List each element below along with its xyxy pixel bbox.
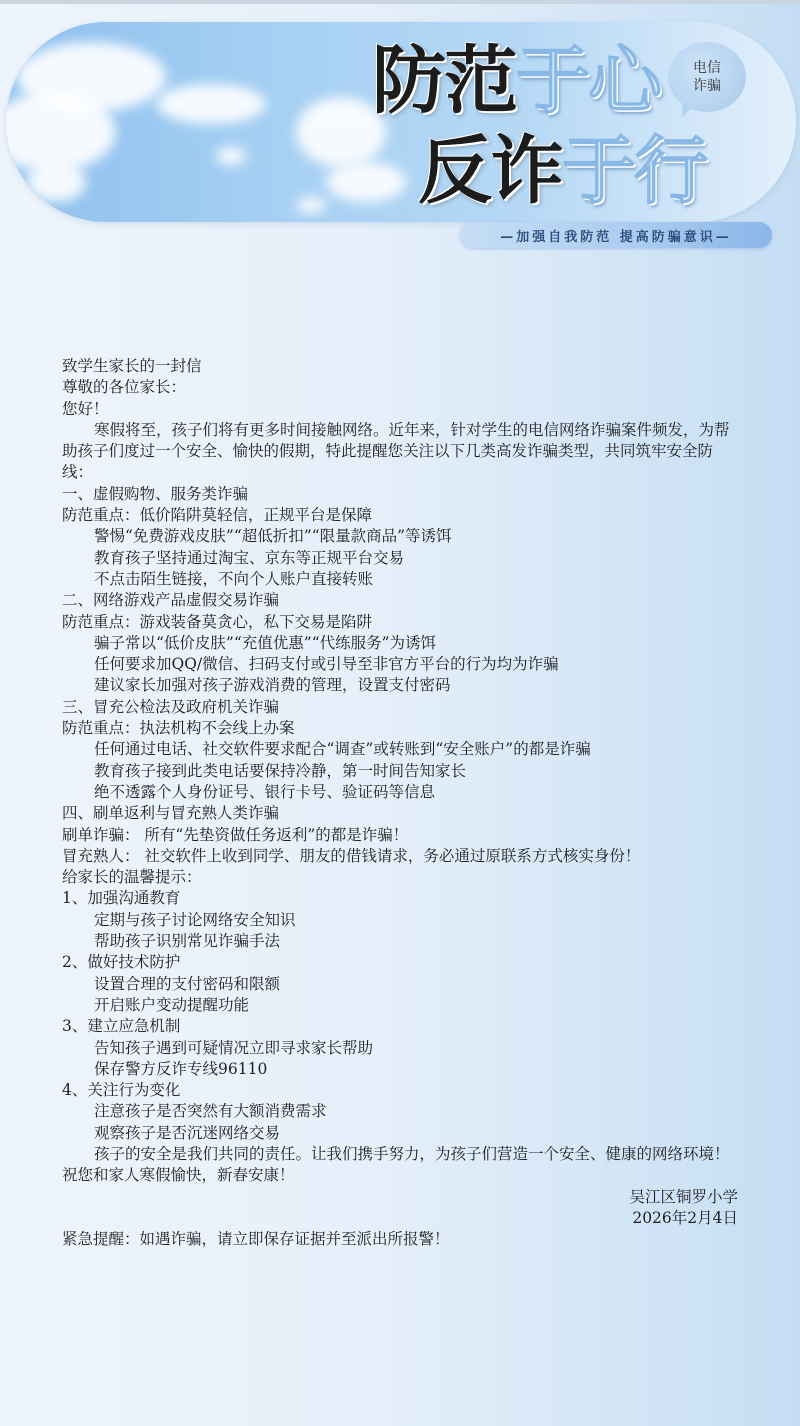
intro-paragraph: 寒假将至，孩子们将有更多时间接触网络。近年来，针对学生的电信网络诈骗案件频发，为… xyxy=(62,420,742,484)
bubble-text-2: 诈骗 xyxy=(693,77,721,95)
section-item: 骗子常以“低价皮肤”“充值优惠”“代练服务”为诱饵 xyxy=(62,633,742,654)
cloud-decoration xyxy=(156,84,266,124)
closing-paragraph: 孩子的安全是我们共同的责任。让我们携手努力，为孩子们营造一个安全、健康的网络环境… xyxy=(62,1144,742,1187)
cloud-decoration xyxy=(326,162,406,202)
letter-body: 致学生家长的一封信 尊敬的各位家长： 您好！ 寒假将至，孩子们将有更多时间接触网… xyxy=(62,356,742,1250)
section-item: 教育孩子坚持通过淘宝、京东等正规平台交易 xyxy=(62,548,742,569)
title-line-1: 防范于心 xyxy=(372,44,660,118)
date: 2026年2月4日 xyxy=(62,1208,742,1229)
salutation: 尊敬的各位家长： xyxy=(62,377,742,398)
tip-item: 开启账户变动提醒功能 xyxy=(62,995,742,1016)
section-focus: 防范重点：游戏装备莫贪心，私下交易是陷阱 xyxy=(62,612,742,633)
tip-item: 保存警方反诈专线96110 xyxy=(62,1059,742,1080)
section-item: 不点击陌生链接，不向个人账户直接转账 xyxy=(62,569,742,590)
tip-heading: 2、做好技术防护 xyxy=(62,952,742,973)
section-item: 任何通过电话、社交软件要求配合“调查”或转账到“安全账户”的都是诈骗 xyxy=(62,739,742,760)
title-1-dark: 防范 xyxy=(372,38,516,124)
title-1-light: 于心 xyxy=(516,38,660,124)
section-item: 警惕“免费游戏皮肤”“超低折扣”“限量款商品”等诱饵 xyxy=(62,526,742,547)
tip-item: 注意孩子是否突然有大额消费需求 xyxy=(62,1101,742,1122)
title-2-dark: 反诈 xyxy=(418,128,562,214)
section-item: 教育孩子接到此类电话要保持冷静，第一时间告知家长 xyxy=(62,761,742,782)
cloud-decoration xyxy=(26,162,86,202)
greeting: 您好！ xyxy=(62,399,742,420)
section-heading: 三、冒充公检法及政府机关诈骗 xyxy=(62,697,742,718)
section-heading: 一、虚假购物、服务类诈骗 xyxy=(62,484,742,505)
urgent-reminder: 紧急提醒：如遇诈骗，请立即保存证据并至派出所报警！ xyxy=(62,1229,742,1250)
cloud-decoration xyxy=(296,197,326,213)
section-focus: 防范重点：低价陷阱莫轻信，正规平台是保障 xyxy=(62,505,742,526)
tip-heading: 4、关注行为变化 xyxy=(62,1080,742,1101)
cloud-decoration xyxy=(216,147,246,165)
tips-heading: 给家长的温馨提示： xyxy=(62,867,742,888)
tip-item: 观察孩子是否沉迷网络交易 xyxy=(62,1123,742,1144)
section-line: 冒充熟人： 社交软件上收到同学、朋友的借钱请求，务必通过原联系方式核实身份！ xyxy=(62,846,742,867)
title-line-2: 反诈于行 xyxy=(418,134,706,208)
slogan-pill: —加强自我防范 提高防骗意识— xyxy=(460,222,772,248)
title-2-light: 于行 xyxy=(562,128,706,214)
section-item: 建议家长加强对孩子游戏消费的管理，设置支付密码 xyxy=(62,675,742,696)
tip-item: 设置合理的支付密码和限额 xyxy=(62,974,742,995)
speech-bubble: 电信 诈骗 xyxy=(668,42,746,112)
section-heading: 四、刷单返利与冒充熟人类诈骗 xyxy=(62,803,742,824)
section-line: 刷单诈骗： 所有“先垫资做任务返利”的都是诈骗！ xyxy=(62,825,742,846)
tip-heading: 3、建立应急机制 xyxy=(62,1016,742,1037)
bubble-text-1: 电信 xyxy=(693,59,721,77)
section-item: 任何要求加QQ/微信、扫码支付或引导至非官方平台的行为均为诈骗 xyxy=(62,654,742,675)
tip-item: 定期与孩子讨论网络安全知识 xyxy=(62,910,742,931)
tip-item: 告知孩子遇到可疑情况立即寻求家长帮助 xyxy=(62,1038,742,1059)
section-heading: 二、网络游戏产品虚假交易诈骗 xyxy=(62,590,742,611)
tip-heading: 1、加强沟通教育 xyxy=(62,888,742,909)
tip-item: 帮助孩子识别常见诈骗手法 xyxy=(62,931,742,952)
section-focus: 防范重点：执法机构不会线上办案 xyxy=(62,718,742,739)
section-item: 绝不透露个人身份证号、银行卡号、验证码等信息 xyxy=(62,782,742,803)
top-border xyxy=(0,0,800,4)
signature: 吴江区铜罗小学 xyxy=(62,1187,742,1208)
letter-title: 致学生家长的一封信 xyxy=(62,356,742,377)
